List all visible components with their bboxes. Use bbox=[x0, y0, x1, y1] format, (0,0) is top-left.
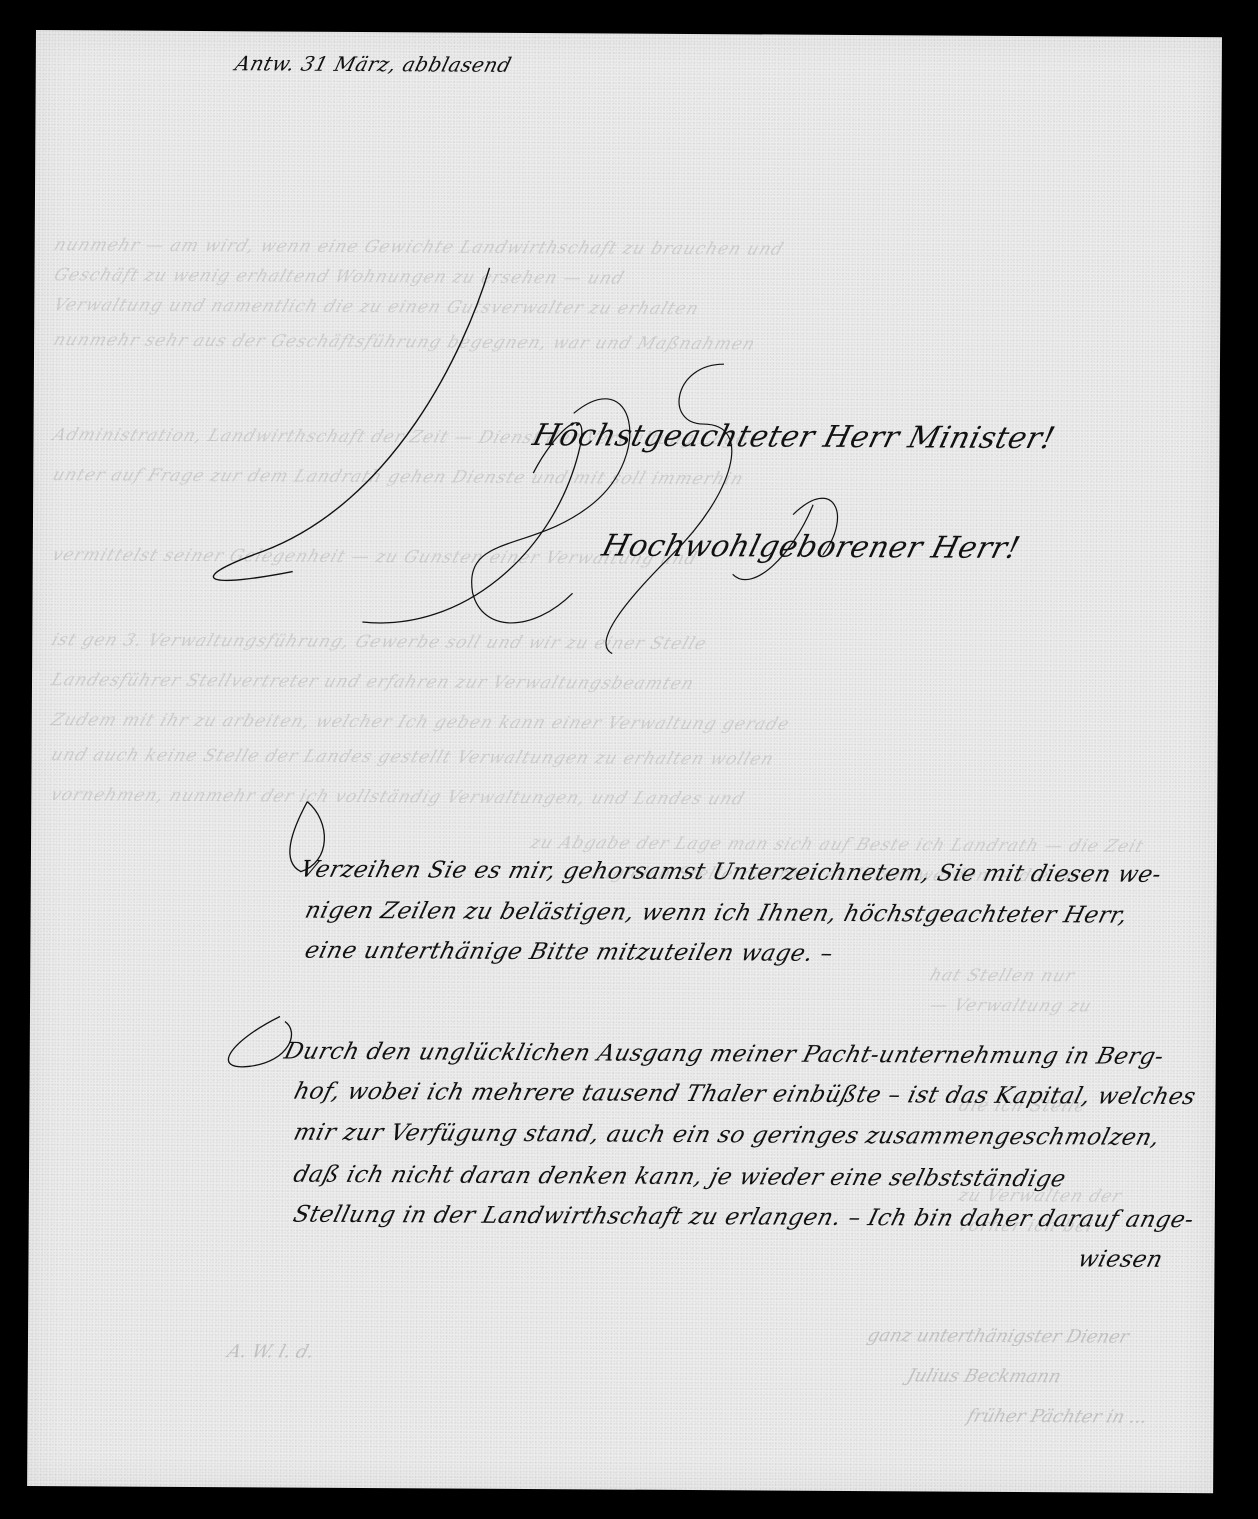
bleed-through-text: nunmehr sehr aus der Geschäftsführung be… bbox=[51, 330, 758, 354]
bleed-through-text: nunmehr — am wird, wenn eine Gewichte La… bbox=[51, 235, 786, 259]
calligraphic-flourish bbox=[27, 30, 1222, 1493]
salutation-line-2: Hochwohlgeborener Herr! bbox=[598, 528, 1023, 565]
bleed-through-text: und auch keine Stelle der Landes gestell… bbox=[48, 745, 776, 769]
bleed-through-text: zu Abgabe der Lage man sich auf Beste ic… bbox=[528, 833, 1147, 857]
salutation-line-1: Höchstgeachteter Herr Minister! bbox=[529, 418, 1059, 456]
bleed-through-text: Zudem mit ihr zu arbeiten, welcher Ich g… bbox=[48, 710, 792, 734]
faint-signature-line: früher Pächter in ... bbox=[964, 1406, 1150, 1428]
paper-grain bbox=[27, 30, 1222, 1493]
body-line: Stellung in der Landwirthschaft zu erlan… bbox=[290, 1202, 1196, 1233]
bleed-through-text: — Verwaltung zu bbox=[927, 995, 1095, 1016]
bleed-through-text: hat Stellen nur bbox=[927, 966, 1078, 987]
faint-note: A. W. l. d. bbox=[225, 1341, 317, 1362]
body-line: hof, wobei ich mehrere tausend Thaler ei… bbox=[291, 1079, 1199, 1110]
body-line: nigen Zeilen zu belästigen, wenn ich Ihn… bbox=[302, 898, 1130, 929]
body-line: wiesen bbox=[1075, 1246, 1166, 1272]
faint-signature-line: ganz unterthänigster Diener bbox=[865, 1325, 1131, 1348]
letter-page: nunmehr — am wird, wenn eine Gewichte La… bbox=[27, 30, 1222, 1493]
margin-note: Antw. 31 März, abblasend bbox=[233, 51, 515, 77]
bleed-through-text: Landesführer Stellvertreter und erfahren… bbox=[49, 670, 697, 694]
body-line: Durch den unglücklichen Ausgang meiner P… bbox=[281, 1039, 1166, 1070]
bleed-through-text: Verwaltung und namentlich die zu einen G… bbox=[51, 295, 702, 319]
bleed-through-text: ist gen 3. Verwaltungsführung, Gewerbe s… bbox=[49, 630, 710, 654]
bleed-through-text: vornehmen, nunmehr der ich vollständig V… bbox=[48, 785, 748, 809]
body-line: mir zur Verfügung stand, auch ein so ger… bbox=[291, 1120, 1163, 1151]
bleed-through-text: Geschäft zu wenig erhaltend Wohnungen zu… bbox=[51, 265, 627, 288]
body-line: Verzeihen Sie es mir, gehorsamst Unterze… bbox=[298, 857, 1165, 888]
body-line: eine unterthänige Bitte mitzuteilen wage… bbox=[302, 938, 836, 967]
bleed-through-text: unter auf Frage zur dem Landrath gehen D… bbox=[50, 465, 747, 489]
faint-signature-name: Julius Beckmann bbox=[905, 1365, 1064, 1387]
body-line: daß ich nicht daran denken kann, je wied… bbox=[291, 1162, 1069, 1193]
